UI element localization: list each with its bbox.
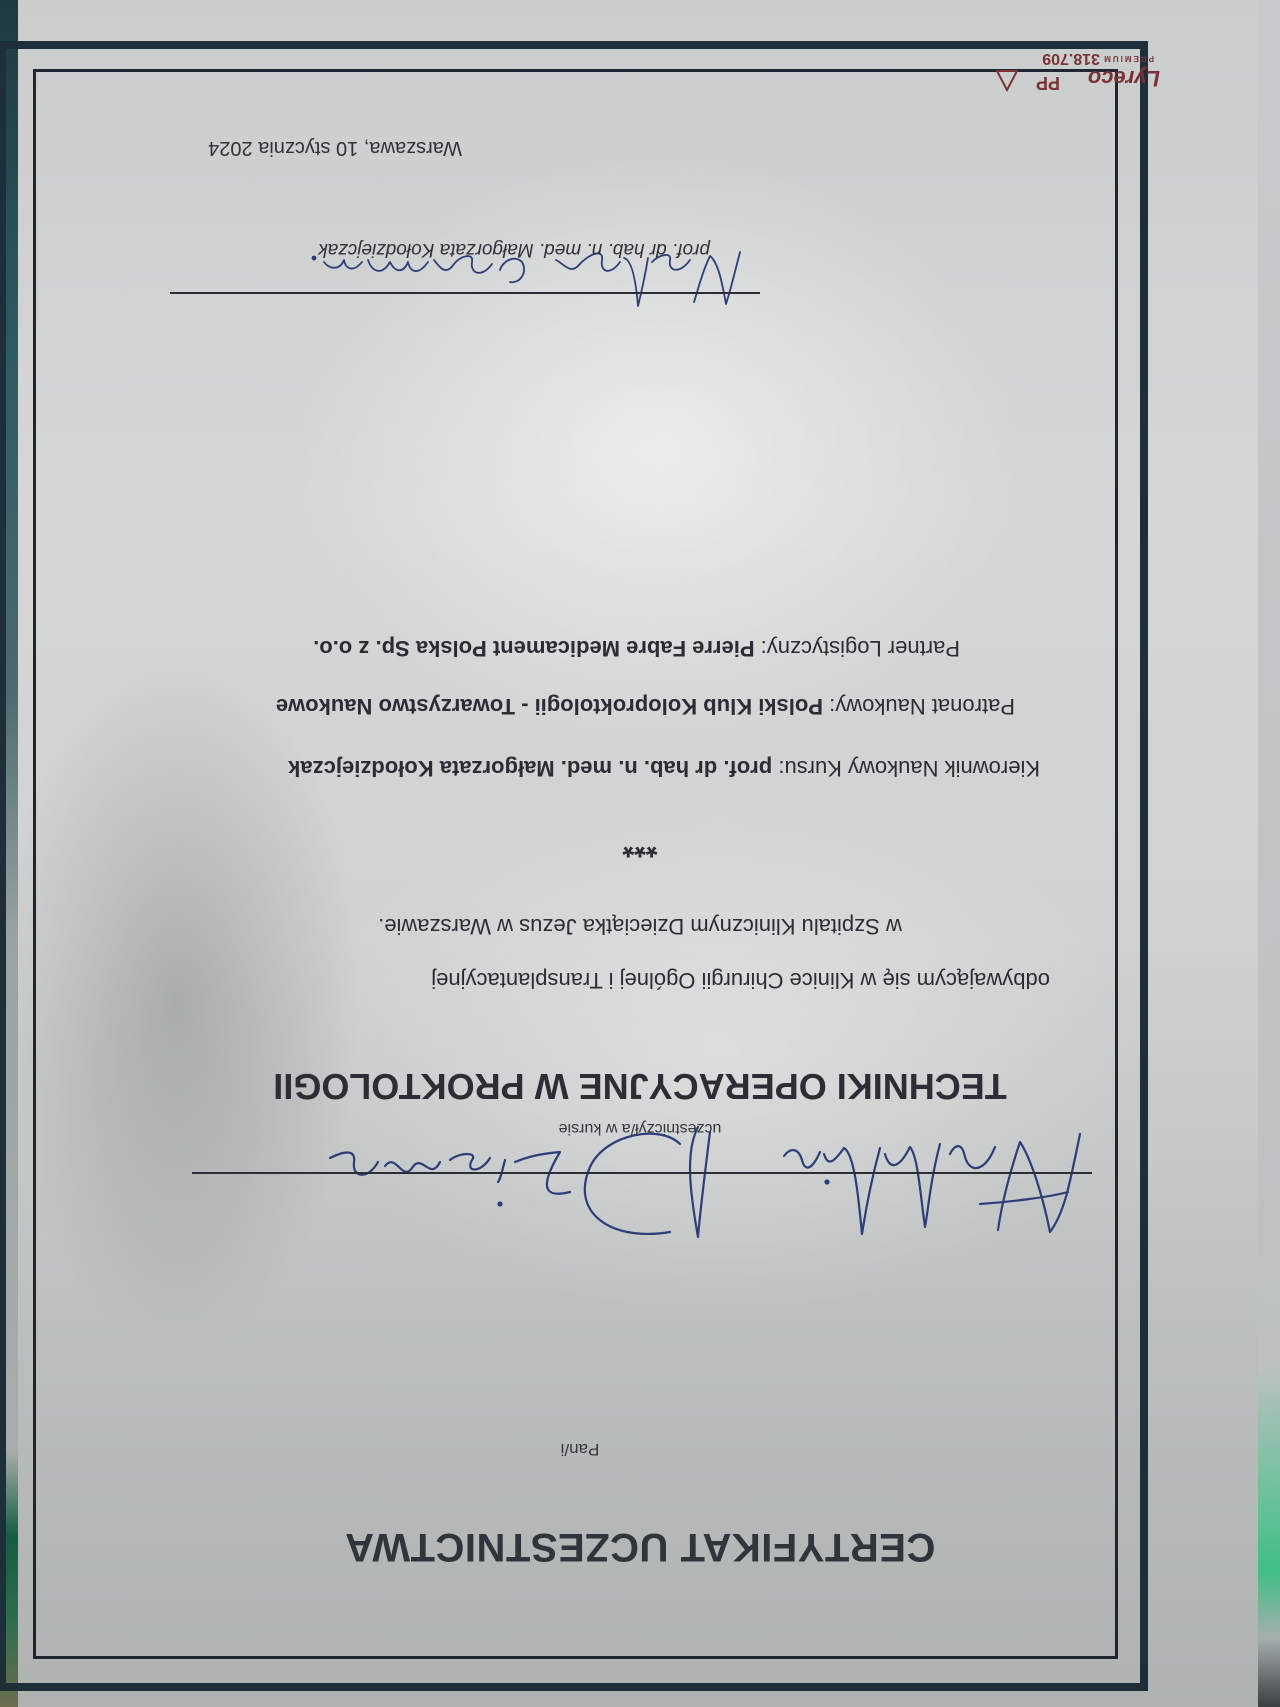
scientific-director-label: Kierownik Naukowy Kursu: bbox=[772, 756, 1040, 781]
scientific-patronage-line: Patronat Naukowy: Polski Klub Koloprokto… bbox=[115, 693, 1015, 719]
stamp-brand: Lyreco bbox=[1088, 65, 1160, 91]
stamp-code: 318.709 bbox=[1042, 49, 1100, 67]
certificate-title: CERTYFIKAT UCZESTNICTWA bbox=[320, 1524, 960, 1569]
director-signature-line bbox=[170, 292, 760, 294]
salutation: Pan/i bbox=[480, 1439, 680, 1459]
recycle-triangle-icon bbox=[994, 67, 1020, 93]
logistics-partner-label: Partner Logistyczny: bbox=[755, 636, 960, 661]
scientific-director-line: Kierownik Naukowy Kursu: prof. dr hab. n… bbox=[140, 755, 1040, 781]
course-title: TECHNIKI OPERACYJNE W PROKTOLOGII bbox=[210, 1065, 1070, 1107]
certificate-sheet-rotated: CERTYFIKAT UCZESTNICTWA Pan/i uczestnicz bbox=[0, 0, 1280, 1707]
scientific-director-value: prof. dr hab. n. med. Małgorzata Kołodzi… bbox=[288, 756, 772, 781]
scientific-patronage-label: Patronat Naukowy: bbox=[823, 694, 1015, 719]
logistics-partner-value: Pierre Fabre Medicament Polska Sp. z o.o… bbox=[313, 636, 754, 661]
place-and-date: Warszawa, 10 stycznia 2024 bbox=[142, 136, 462, 159]
venue-line-2: w Szpitalu Klinicznym Dzieciątka Jezus w… bbox=[330, 913, 950, 939]
stamp-material: PP bbox=[1036, 72, 1060, 93]
director-name: prof. dr hab. n. med. Małgorzata Kołodzi… bbox=[150, 238, 710, 260]
lyreco-stamp: Lyreco PREMIUM 318.709 PP bbox=[990, 27, 1160, 107]
separator-stars: *** bbox=[560, 829, 720, 863]
venue-line-1: odbywającym się w Klinice Chirurgii Ogól… bbox=[290, 967, 1050, 993]
scientific-patronage-value: Polski Klub Koloproktologii - Towarzystw… bbox=[276, 694, 823, 719]
participated-text: uczestniczył/a w kursie bbox=[460, 1119, 820, 1137]
logistics-partner-line: Partner Logistyczny: Pierre Fabre Medica… bbox=[60, 635, 960, 661]
participant-name-line bbox=[192, 1172, 1092, 1174]
stamp-premium: PREMIUM bbox=[1102, 54, 1154, 63]
